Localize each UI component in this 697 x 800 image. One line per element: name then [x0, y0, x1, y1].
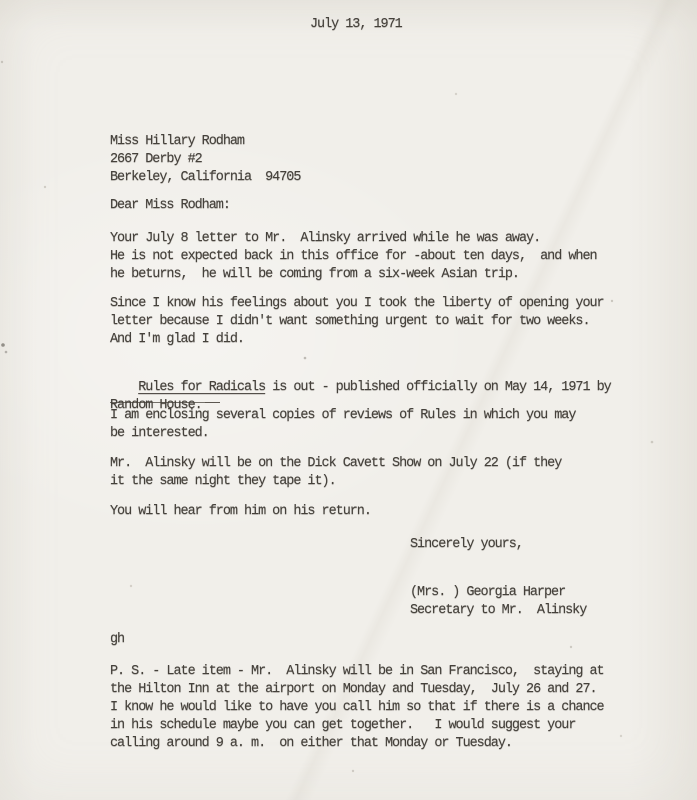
typist-initials: gh: [110, 631, 124, 649]
body-paragraph-2: Since I know his feelings about you I to…: [110, 295, 604, 349]
signature-block: (Mrs. ) Georgia Harper Secretary to Mr. …: [410, 584, 586, 620]
scanned-letter-page: July 13, 1971 Miss Hillary Rodham 2667 D…: [0, 0, 697, 800]
book-title-underlined: Rules for Radicals: [138, 380, 265, 395]
paragraph-3-text: is out - published officially on May 14,…: [265, 380, 611, 395]
body-paragraph-5: Mr. Alinsky will be on the Dick Cavett S…: [110, 455, 561, 491]
body-paragraph-4: I am enclosing several copies of reviews…: [110, 407, 575, 443]
scan-noise: [0, 0, 2, 2]
salutation: Dear Miss Rodham:: [110, 197, 230, 215]
date-line: July 13, 1971: [310, 16, 402, 34]
recipient-address: Miss Hillary Rodham 2667 Derby #2 Berkel…: [110, 133, 300, 187]
body-paragraph-1: Your July 8 letter to Mr. Alinsky arrive…: [110, 230, 597, 284]
body-paragraph-6: You will hear from him on his return.: [110, 503, 371, 521]
closing-line: Sincerely yours,: [410, 536, 523, 554]
postscript: P. S. - Late item - Mr. Alinsky will be …: [110, 663, 604, 753]
